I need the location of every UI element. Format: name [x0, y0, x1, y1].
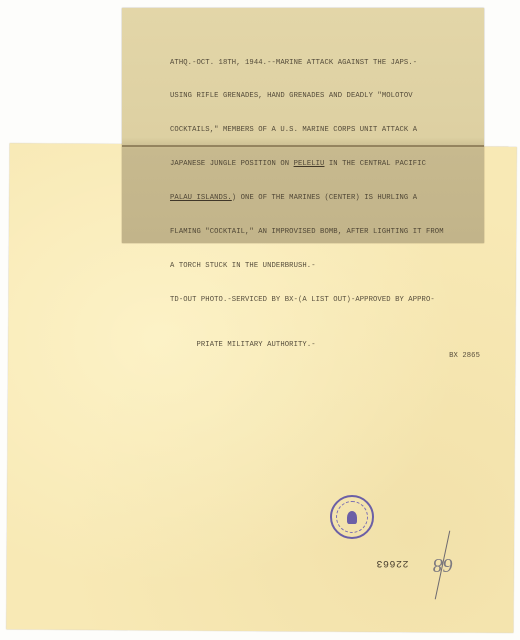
underlined-term: PELELIU [294, 160, 325, 168]
caption-line: A TORCH STUCK IN THE UNDERBRUSH.- [170, 261, 480, 272]
handwritten-note: 68 [433, 553, 453, 576]
caption-line: COCKTAILS," MEMBERS OF A U.S. MARINE COR… [170, 125, 480, 136]
archive-stamp [330, 495, 374, 539]
underlined-term: PALAU ISLANDS. [170, 194, 232, 202]
caption-line: FLAMING "COCKTAIL," AN IMPROVISED BOMB, … [170, 227, 480, 238]
caption-line: USING RIFLE GRENADES, HAND GRENADES AND … [170, 91, 480, 102]
stamp-ring [336, 501, 368, 533]
caption-line: ATHQ.-OCT. 18th, 1944.--MARINE ATTACK AG… [170, 58, 480, 69]
caption-line-last: PRIATE MILITARY AUTHORITY.- BX 2865 [170, 329, 480, 340]
caption-line: PRIATE MILITARY AUTHORITY.- [196, 341, 315, 349]
reference-number: BX 2865 [449, 351, 480, 362]
caption-slip: ATHQ.-OCT. 18th, 1944.--MARINE ATTACK AG… [122, 8, 484, 243]
caption-line: TD-OUT PHOTO.-SERVICED BY BX-(A LIST OUT… [170, 295, 480, 306]
caption-line: PALAU ISLANDS.) ONE OF THE MARINES (CENT… [170, 193, 480, 204]
crest-icon [347, 511, 357, 524]
caption-line: JAPANESE JUNGLE POSITION ON PELELIU IN T… [170, 159, 480, 170]
inventory-number: 22663 [376, 557, 409, 568]
caption-text: ATHQ.-OCT. 18th, 1944.--MARINE ATTACK AG… [170, 35, 480, 363]
